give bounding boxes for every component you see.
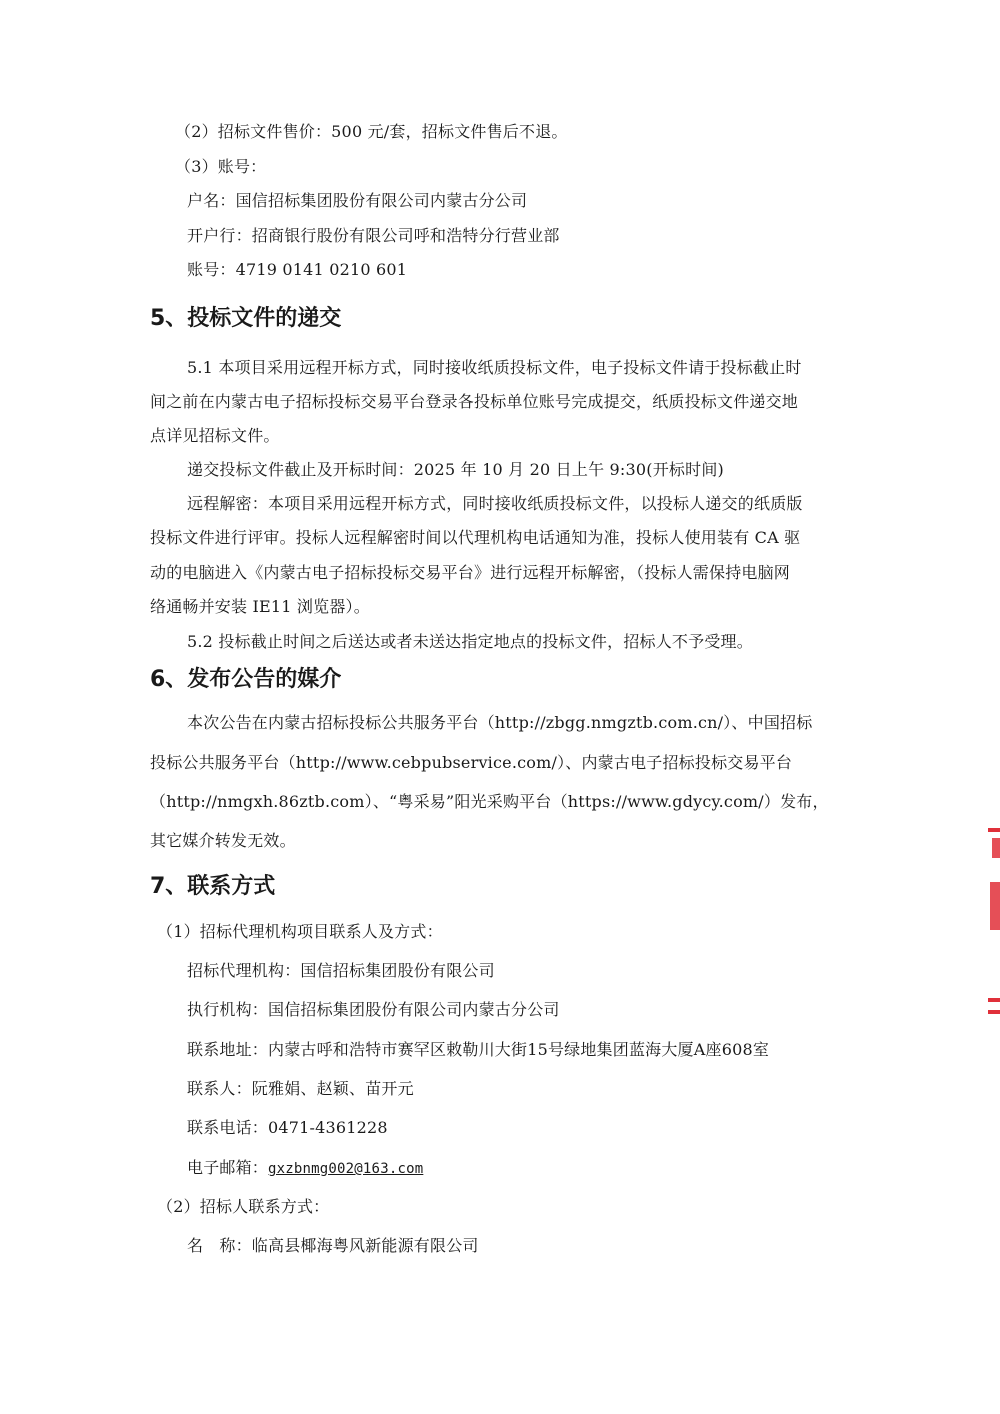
section-7-heading: 7、联系方式 (150, 873, 275, 901)
email-label: 电子邮箱： (187, 1158, 268, 1177)
section-6-heading: 6、发布公告的媒介 (150, 666, 341, 694)
section-5-p1-line-3: 点详见招标文件。 (150, 426, 280, 446)
price-line: （2）招标文件售价：500 元/套，招标文件售后不退。 (175, 122, 568, 142)
bank-name: 开户行：招商银行股份有限公司呼和浩特分行营业部 (187, 226, 560, 246)
remote-line-4: 络通畅并安装 IE11 浏览器）。 (150, 597, 370, 617)
media-line-1: 本次公告在内蒙古招标投标公共服务平台（http://zbgg.nmgztb.co… (187, 713, 812, 733)
email-row: 电子邮箱：gxzbnmg002@163.com (187, 1158, 423, 1179)
address: 联系地址：内蒙古呼和浩特市赛罕区敕勒川大街15号绿地集团蓝海大厦A座608室 (187, 1040, 769, 1060)
account-title: （3）账号： (175, 157, 266, 177)
email-link[interactable]: gxzbnmg002@163.com (268, 1161, 423, 1177)
section-5-p1-line-2: 间之前在内蒙古电子招标投标交易平台登录各投标单位账号完成提交，纸质投标文件递交地 (150, 392, 798, 412)
section-5-p1-line-1: 5.1 本项目采用远程开标方式，同时接收纸质投标文件，电子投标文件请于投标截止时 (187, 358, 802, 378)
document-page: （2）招标文件售价：500 元/套，招标文件售后不退。 （3）账号： 户名：国信… (0, 0, 1000, 1414)
phone: 联系电话：0471-4361228 (187, 1118, 388, 1138)
deadline-line: 递交投标文件截止及开标时间：2025 年 10 月 20 日上午 9:30(开标… (187, 460, 724, 480)
media-line-2: 投标公共服务平台（http://www.cebpubservice.com/）、… (150, 753, 792, 773)
remote-line-1: 远程解密：本项目采用远程开标方式，同时接收纸质投标文件，以投标人递交的纸质版 (187, 494, 803, 514)
executor: 执行机构：国信招标集团股份有限公司内蒙古分公司 (187, 1000, 560, 1020)
section-5-heading: 5、投标文件的递交 (150, 305, 341, 333)
contacts: 联系人：阮雅娟、赵颖、苗开元 (187, 1079, 414, 1099)
tenderer-name: 名 称：临高县椰海粤风新能源有限公司 (187, 1236, 479, 1256)
agency-name: 招标代理机构：国信招标集团股份有限公司 (187, 961, 495, 981)
remote-line-2: 投标文件进行评审。投标人远程解密时间以代理机构电话通知为准，投标人使用装有 CA… (150, 528, 800, 548)
seal-stamp-fragment (986, 820, 1000, 1020)
agency-title: （1）招标代理机构项目联系人及方式： (157, 922, 443, 942)
tenderer-title: （2）招标人联系方式： (157, 1197, 329, 1217)
media-line-4: 其它媒介转发无效。 (150, 831, 296, 851)
media-line-3: （http://nmgxh.86ztb.com）、“粤采易”阳光采购平台（htt… (150, 792, 829, 812)
account-number: 账号：4719 0141 0210 601 (187, 260, 407, 280)
remote-line-3: 动的电脑进入《内蒙古电子招标投标交易平台》进行远程开标解密，（投标人需保持电脑网 (150, 563, 790, 583)
section-5-p2: 5.2 投标截止时间之后送达或者未送达指定地点的投标文件，招标人不予受理。 (187, 632, 753, 652)
account-name: 户名：国信招标集团股份有限公司内蒙古分公司 (187, 191, 527, 211)
